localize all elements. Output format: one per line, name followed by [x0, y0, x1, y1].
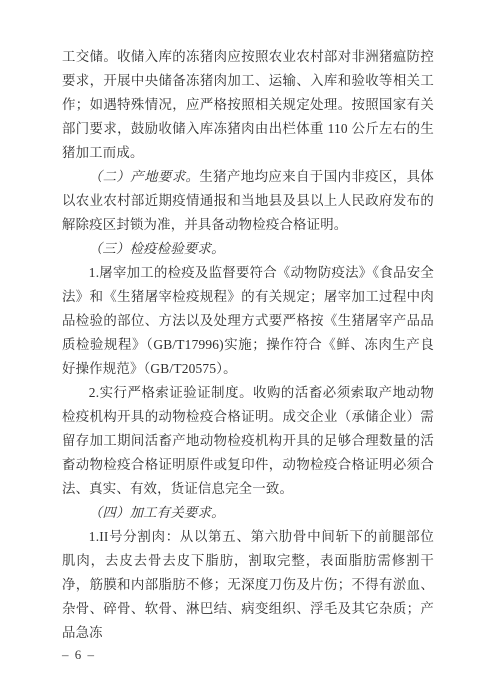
document-page: 工交储。收储入库的冻猪肉应按照农业农村部对非洲猪瘟防控要求，开展中央储备冻猪肉加…	[0, 0, 494, 700]
page-number: – 6 –	[62, 647, 96, 663]
paragraph-processing-heading: （四）加工有关要求。	[62, 501, 434, 525]
paragraph-processing-item-1: 1.II号分割肉：从以第五、第六肋骨中间斩下的前腿部位肌肉，去皮去骨去皮下脂肪，…	[62, 525, 434, 645]
paragraph-quarantine-item-1: 1.屠宰加工的检疫及监督要符合《动物防疫法》《食品安全法》和《生猪屠宰检疫规程》…	[62, 261, 434, 381]
paragraph-text: 工交储。收储入库的冻猪肉应按照农业农村部对非洲猪瘟防控要求，开展中央储备冻猪肉加…	[62, 49, 434, 160]
section-heading: （二）产地要求。	[89, 169, 200, 184]
paragraph-continuation-storage: 工交储。收储入库的冻猪肉应按照农业农村部对非洲猪瘟防控要求，开展中央储备冻猪肉加…	[62, 45, 434, 165]
paragraph-origin-requirements: （二）产地要求。生猪产地均应来自于国内非疫区，具体以农业农村部近期疫情通报和当地…	[62, 165, 434, 237]
paragraph-text: 2.实行严格索证验证制度。收购的活畜必须索取产地动物检疫机构开具的动物检疫合格证…	[62, 385, 434, 496]
paragraph-text: 1.屠宰加工的检疫及监督要符合《动物防疫法》《食品安全法》和《生猪屠宰检疫规程》…	[62, 265, 434, 376]
document-body: 工交储。收储入库的冻猪肉应按照农业农村部对非洲猪瘟防控要求，开展中央储备冻猪肉加…	[62, 45, 434, 645]
paragraph-quarantine-item-2: 2.实行严格索证验证制度。收购的活畜必须索取产地动物检疫机构开具的动物检疫合格证…	[62, 381, 434, 501]
section-heading: （四）加工有关要求。	[89, 505, 225, 520]
paragraph-text: 1.II号分割肉：从以第五、第六肋骨中间斩下的前腿部位肌肉，去皮去骨去皮下脂肪，…	[62, 529, 434, 640]
section-heading: （三）检疫检验要求。	[89, 241, 225, 256]
paragraph-quarantine-heading: （三）检疫检验要求。	[62, 237, 434, 261]
